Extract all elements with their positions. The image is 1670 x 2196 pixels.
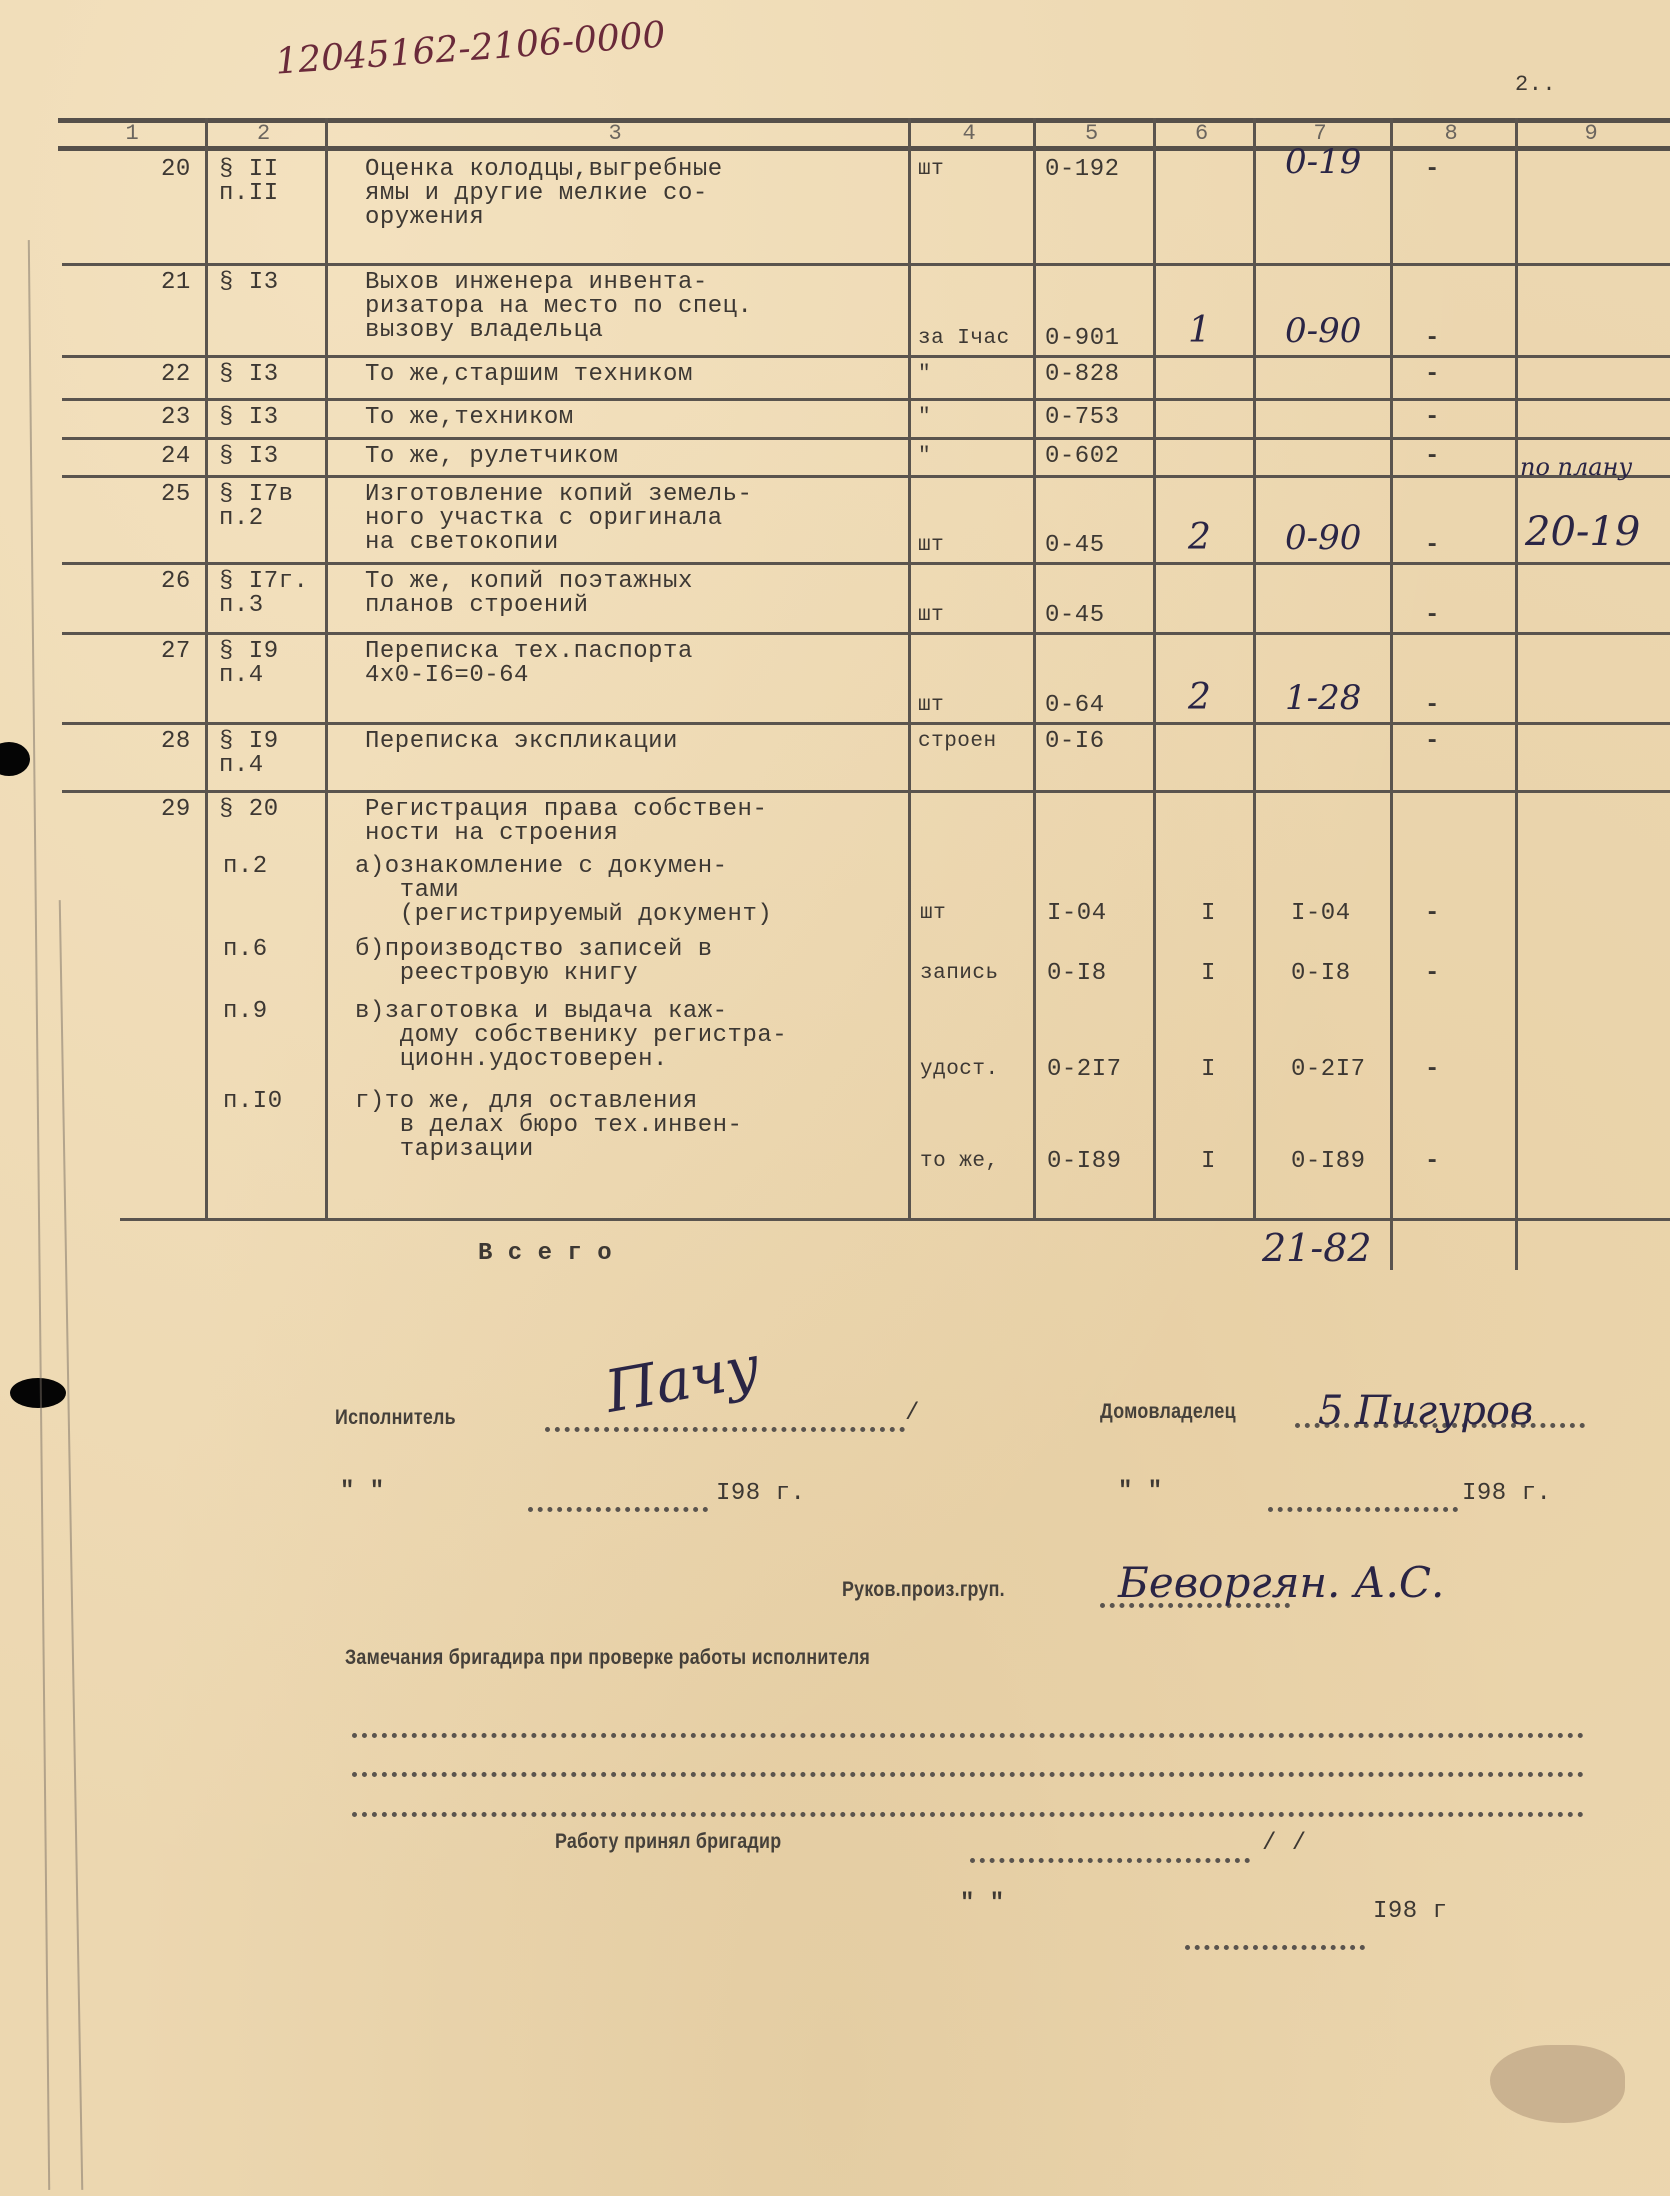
owner-label: Домовладелец	[1100, 1400, 1236, 1424]
row-unit: строен	[918, 730, 997, 754]
subitem-description: а)ознакомление с докумен- тами (регистри…	[355, 855, 772, 927]
subitem-rate: 0-2I7	[1047, 1058, 1122, 1082]
row-rate: 0-192	[1045, 158, 1120, 182]
subitem-reference: п.6	[223, 938, 268, 962]
subitem-sum: 0-2I7	[1291, 1058, 1366, 1082]
row-reference: § II п.II	[219, 158, 279, 206]
row-unit: шт	[918, 158, 944, 182]
row-rate: 0-901	[1045, 327, 1120, 351]
accepted-label: Работу принял бригадир	[555, 1830, 781, 1854]
row-unit: "	[918, 363, 931, 387]
row-rate: 0-602	[1045, 445, 1120, 469]
column-header-2: 2	[257, 122, 271, 146]
executor-signature-line[interactable]	[545, 1427, 905, 1432]
subitem-quantity: I	[1201, 1058, 1216, 1082]
row-divider	[62, 722, 1670, 725]
row-col8: -	[1425, 445, 1440, 469]
total-label: В с е г о	[478, 1240, 612, 1267]
row-number: 20	[161, 158, 191, 182]
column-header-3: 3	[609, 122, 623, 146]
row-sum: 0-90	[1285, 319, 1361, 343]
row-col8: -	[1425, 327, 1440, 351]
row-rate: 0-828	[1045, 363, 1120, 387]
date-line-bottom[interactable]	[1185, 1945, 1365, 1950]
subitem-sum: 0-I8	[1291, 962, 1351, 986]
subitem-unit: шт	[920, 902, 946, 926]
subitem-col8: -	[1425, 902, 1440, 926]
row-col8: -	[1425, 604, 1440, 628]
column-divider	[908, 118, 911, 1218]
row-rate: 0-45	[1045, 604, 1105, 628]
row-number: 28	[161, 730, 191, 754]
row-sum: 0-90	[1285, 526, 1361, 550]
row-number: 21	[161, 271, 191, 295]
row-divider	[62, 437, 1670, 440]
subitem-quantity: I	[1201, 1150, 1216, 1174]
subitem-unit: удост.	[920, 1058, 999, 1082]
subitem-description: в)заготовка и выдача каж- дому собствени…	[355, 1000, 787, 1072]
row-unit: шт	[918, 604, 944, 628]
row-description: Переписка тех.паспорта 4x0-I6=0-64	[365, 640, 693, 688]
row-reference: § I7г. п.3	[219, 570, 308, 618]
remarks-label: Замечания бригадира при проверке работы …	[345, 1646, 870, 1670]
row-number: 23	[161, 406, 191, 430]
column-divider	[1390, 118, 1393, 1270]
row-number: 25	[161, 483, 191, 507]
column-header-9: 9	[1585, 122, 1599, 146]
row-reference: § I3	[219, 406, 279, 430]
row-rate: 0-45	[1045, 534, 1105, 558]
fold-line	[59, 900, 84, 2190]
executor-label: Исполнитель	[335, 1406, 456, 1430]
row-description: Изготовление копий земель- ного участка …	[365, 483, 752, 555]
subitem-rate: 0-I89	[1047, 1150, 1122, 1174]
subitem-description: б)производство записей в реестровую книг…	[355, 938, 713, 986]
row-description: То же, копий поэтажных планов строений	[365, 570, 693, 618]
row-number: 22	[161, 363, 191, 387]
row-col8: -	[1425, 406, 1440, 430]
group-head-label: Руков.произ.груп.	[842, 1578, 1005, 1602]
row-description: Регистрация права собствен- ности на стр…	[365, 798, 767, 846]
column-header-8: 8	[1445, 122, 1459, 146]
subitem-col8: -	[1425, 962, 1440, 986]
subitem-description: г)то же, для оставления в делах бюро тех…	[355, 1090, 742, 1162]
date-line-left[interactable]	[528, 1507, 708, 1512]
column-divider	[1153, 118, 1156, 1218]
remarks-line-3[interactable]	[352, 1812, 1584, 1817]
stain	[1490, 2045, 1625, 2123]
year-right: I98 г.	[1462, 1480, 1551, 1507]
subitem-reference: п.9	[223, 1000, 268, 1024]
row-unit: шт	[918, 534, 944, 558]
row-col8: -	[1425, 363, 1440, 387]
row-unit: "	[918, 406, 931, 430]
row-sum: 0-19	[1285, 150, 1361, 174]
row-quantity: 1	[1188, 319, 1211, 343]
subitem-unit: то же,	[920, 1150, 999, 1174]
row-reference: § 20	[219, 798, 279, 822]
row-rate: 0-I6	[1045, 730, 1105, 754]
row-col8: -	[1425, 158, 1440, 182]
row-reference: § I9 п.4	[219, 730, 279, 778]
row-quantity: 2	[1188, 686, 1211, 710]
table-top-border	[58, 118, 1670, 123]
row-col8: -	[1425, 534, 1440, 558]
row-number: 27	[161, 640, 191, 664]
row-reference: § I3	[219, 445, 279, 469]
accepted-signature-line[interactable]	[970, 1858, 1250, 1863]
column-divider	[1253, 118, 1256, 1218]
row-description: То же,старшим техником	[365, 363, 693, 387]
subitem-reference: п.2	[223, 855, 268, 879]
year-bottom: I98 г	[1373, 1898, 1448, 1925]
column-divider	[205, 118, 208, 1218]
group-head-signature: Беворгян. А.С.	[1118, 1558, 1444, 1607]
subitem-sum: 0-I89	[1291, 1150, 1366, 1174]
row-reference: § I3	[219, 271, 279, 295]
subitem-reference: п.I0	[223, 1090, 283, 1114]
column-header-6: 6	[1195, 122, 1209, 146]
subitem-quantity: I	[1201, 902, 1216, 926]
accepted-slashes: / /	[1262, 1830, 1307, 1857]
row-sum: 1-28	[1285, 686, 1361, 710]
row-description: То же,техником	[365, 406, 574, 430]
page-number: 2..	[1515, 72, 1556, 97]
owner-signature: 5 Пигуров	[1318, 1388, 1533, 1434]
archive-number: 12045162-2106-0000	[274, 14, 667, 82]
date-quote-left: " "	[340, 1478, 385, 1505]
row-unit: шт	[918, 694, 944, 718]
row-quantity: 2	[1188, 526, 1211, 550]
row-divider	[62, 263, 1670, 266]
row-divider	[62, 790, 1670, 793]
row-divider	[62, 632, 1670, 635]
column-divider	[1515, 118, 1518, 1270]
header-bottom-border	[58, 146, 1670, 151]
row-col8: -	[1425, 730, 1440, 754]
date-quote-right: " "	[1118, 1478, 1163, 1505]
row-rate: 0-753	[1045, 406, 1120, 430]
row-description: Выхов инженера инвента- ризатора на мест…	[365, 271, 752, 343]
remarks-line-1[interactable]	[352, 1733, 1584, 1738]
date-quote-bottom: " "	[960, 1890, 1005, 1917]
row-description: То же, рулетчиком	[365, 445, 618, 469]
subitem-sum: I-04	[1291, 902, 1351, 926]
row-unit: "	[918, 445, 931, 469]
subitem-col8: -	[1425, 1150, 1440, 1174]
row-rate: 0-64	[1045, 694, 1105, 718]
subitem-quantity: I	[1201, 962, 1216, 986]
column-header-4: 4	[963, 122, 977, 146]
subitem-col8: -	[1425, 1058, 1440, 1082]
row-divider	[62, 562, 1670, 565]
executor-signature: Пачу	[600, 1332, 764, 1426]
year-left: I98 г.	[716, 1480, 805, 1507]
row-reference: § I9 п.4	[219, 640, 279, 688]
row-divider	[62, 355, 1670, 358]
subitem-rate: 0-I8	[1047, 962, 1107, 986]
row-description: Переписка экспликации	[365, 730, 678, 754]
row-col9-note: по плану	[1520, 455, 1632, 479]
row-col8: -	[1425, 694, 1440, 718]
row-number: 29	[161, 798, 191, 822]
row-divider	[62, 398, 1670, 401]
subitem-unit: запись	[920, 962, 999, 986]
row-divider	[120, 1218, 1670, 1221]
row-number: 26	[161, 570, 191, 594]
column-header-5: 5	[1085, 122, 1099, 146]
column-header-1: 1	[126, 122, 140, 146]
row-unit: за Iчас	[918, 327, 1010, 351]
executor-slash: /	[905, 1400, 920, 1427]
column-divider	[1033, 118, 1036, 1218]
date-line-right[interactable]	[1268, 1507, 1458, 1512]
row-number: 24	[161, 445, 191, 469]
row-divider	[62, 475, 1670, 478]
remarks-line-2[interactable]	[352, 1772, 1584, 1777]
row-reference: § I3	[219, 363, 279, 387]
row-description: Оценка колодцы,выгребные ямы и другие ме…	[365, 158, 723, 230]
column-divider	[325, 118, 328, 1218]
subitem-rate: I-04	[1047, 902, 1107, 926]
total-value: 21-82	[1262, 1226, 1372, 1270]
row-col9: 20-19	[1525, 520, 1640, 544]
row-reference: § I7в п.2	[219, 483, 294, 531]
punch-hole-bottom	[10, 1378, 66, 1408]
punch-hole-top	[0, 742, 30, 776]
fold-line	[28, 240, 50, 2190]
